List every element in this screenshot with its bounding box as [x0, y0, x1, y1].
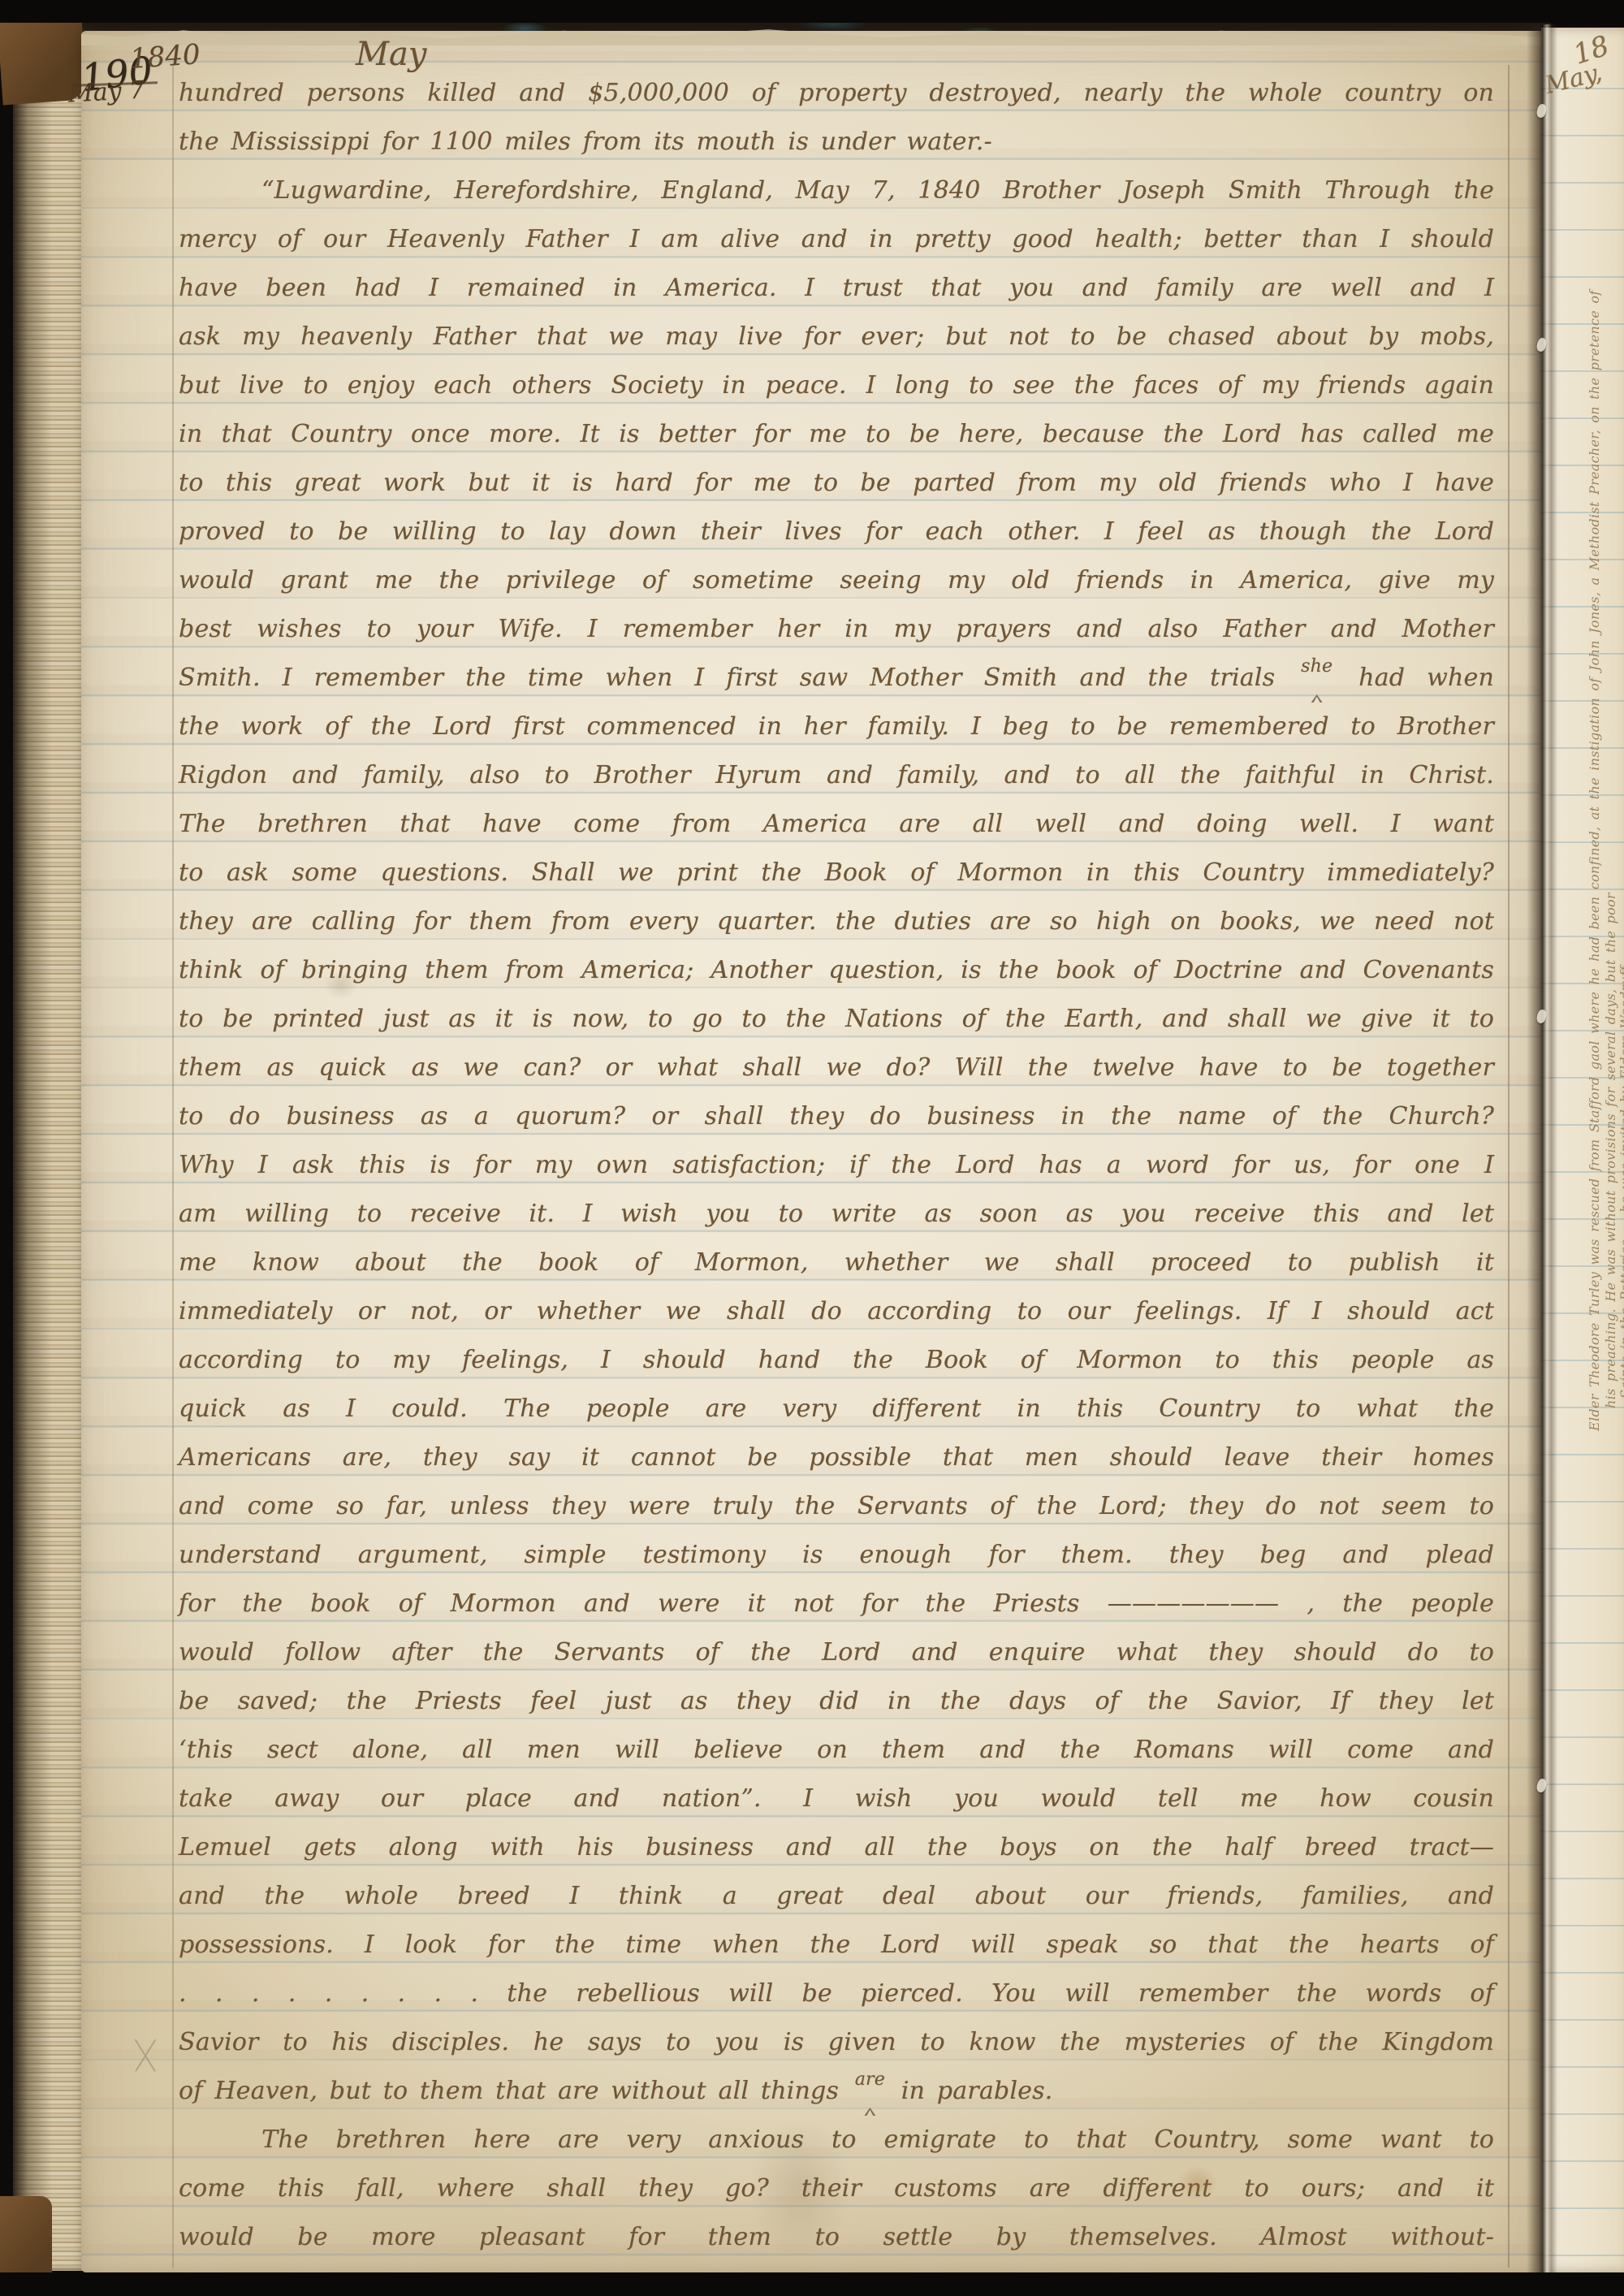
- manuscript-line: Americans are, they say it cannot be pos…: [179, 1442, 1494, 1474]
- manuscript-line: according to my feelings, I should hand …: [179, 1344, 1494, 1377]
- journal-page: 190 1840 May May 7 hundred persons kille…: [81, 31, 1543, 2272]
- margin-note-vertical: Saints in the Potteries … he was invited…: [1618, 310, 1624, 1399]
- manuscript-line: would grant me the privilege of sometime…: [179, 564, 1494, 597]
- manuscript-line: Lemuel gets along with his business and …: [179, 1831, 1494, 1864]
- manuscript-line: ‘this sect alone, all men will believe o…: [179, 1734, 1494, 1766]
- margin-note-vertical: his preaching. He was without provisions…: [1603, 320, 1619, 1408]
- manuscript-line: think of bringing them from America; Ano…: [179, 954, 1494, 987]
- manuscript-line: best wishes to your Wife. I remember her…: [179, 613, 1494, 646]
- manuscript-line: to this great work but it is hard for me…: [179, 467, 1494, 499]
- manuscript-line: would follow after the Servants of the L…: [179, 1637, 1494, 1669]
- manuscript-line: ask my heavenly Father that we may live …: [179, 321, 1494, 353]
- manuscript-line: understand argument, simple testimony is…: [179, 1539, 1494, 1572]
- manuscript-line: Rigdon and family, also to Brother Hyrum…: [179, 759, 1494, 792]
- manuscript-line: they are calling for them from every qua…: [179, 906, 1494, 938]
- manuscript-line: be saved; the Priests feel just as they …: [179, 1685, 1494, 1718]
- manuscript-line: The brethren that have come from America…: [179, 808, 1494, 841]
- line-text: of Heaven, but to them that are without …: [179, 2077, 839, 2105]
- manuscript-line: “Lugwardine, Herefordshire, England, May…: [261, 175, 1494, 207]
- manuscript-line: in that Country once more. It is better …: [179, 418, 1494, 451]
- manuscript-line: for the book of Mormon and were it not f…: [179, 1588, 1494, 1620]
- insertion-caret-icon: [864, 2108, 875, 2116]
- line-text: in parables.: [901, 2077, 1053, 2105]
- manuscript-line: the work of the Lord first commenced in …: [179, 711, 1494, 743]
- line-text: Smith. I remember the time when I first …: [179, 664, 1275, 692]
- photo-border-top: [0, 0, 1624, 23]
- manuscript-line: . . . . . . . . . the rebellious will be…: [179, 1978, 1494, 2010]
- manuscript-line: am willing to receive it. I wish you to …: [179, 1198, 1494, 1230]
- month-heading: May: [356, 36, 426, 73]
- right-margin-rule: [1508, 65, 1510, 2268]
- manuscript-line: and come so far, unless they were truly …: [179, 1490, 1494, 1523]
- manuscript-line: to do business as a quorum? or shall the…: [179, 1100, 1494, 1133]
- line-text: had when: [1358, 664, 1494, 692]
- manuscript-line: the Mississippi for 1100 miles from its …: [179, 126, 1494, 158]
- manuscript-line: but live to enjoy each others Society in…: [179, 370, 1494, 402]
- year-heading: 1840: [129, 38, 201, 76]
- manuscript-line: Smith. I remember the time when I first …: [179, 662, 1494, 697]
- manuscript-line: Why I ask this is for my own satisfactio…: [179, 1149, 1494, 1182]
- page-gutter: [1527, 24, 1557, 2274]
- manuscript-line: proved to be willing to lay down their l…: [179, 516, 1494, 548]
- manuscript-line: them as quick as we can? or what shall w…: [179, 1052, 1494, 1084]
- manuscript-line: possessions. I look for the time when th…: [179, 1929, 1494, 1961]
- photo-border-bottom: [0, 2272, 1624, 2296]
- margin-note-vertical: Elder Theodore Turley was rescued from S…: [1587, 343, 1603, 1431]
- manuscript-line: quick as I could. The people are very di…: [179, 1393, 1494, 1425]
- left-margin-rule: [172, 65, 174, 2268]
- inserted-word: she: [1297, 662, 1337, 697]
- manuscript-line: Savior to his disciples. he says to you …: [179, 2026, 1494, 2059]
- manuscript-line: hundred persons killed and $5,000,000 of…: [179, 77, 1494, 110]
- manuscript-line: mercy of our Heavenly Father I am alive …: [179, 223, 1494, 256]
- insertion-caret-icon: [1311, 694, 1323, 703]
- manuscript-line: me know about the book of Mormon, whethe…: [179, 1247, 1494, 1279]
- book-scan: 190 1840 May May 7 hundred persons kille…: [0, 0, 1624, 2296]
- manuscript-line: come this fall, where shall they go? the…: [179, 2173, 1494, 2205]
- margin-date: May 7: [67, 76, 145, 109]
- manuscript-line: The brethren here are very anxious to em…: [261, 2124, 1494, 2156]
- pencil-mark: [127, 2037, 164, 2074]
- manuscript-line: take away our place and nation”. I wish …: [179, 1783, 1494, 1815]
- manuscript-line: and the whole breed I think a great deal…: [179, 1880, 1494, 1913]
- manuscript-line: of Heaven, but to them that are without …: [179, 2075, 1494, 2110]
- manuscript-line: have been had I remained in America. I t…: [179, 272, 1494, 305]
- inserted-word: are: [851, 2075, 889, 2110]
- manuscript-line: to be printed just as it is now, to go t…: [179, 1003, 1494, 1036]
- manuscript-line: immediately or not, or whether we shall …: [179, 1295, 1494, 1328]
- manuscript-line: to ask some questions. Shall we print th…: [179, 857, 1494, 889]
- manuscript-line: would be more pleasant for them to settl…: [179, 2221, 1494, 2254]
